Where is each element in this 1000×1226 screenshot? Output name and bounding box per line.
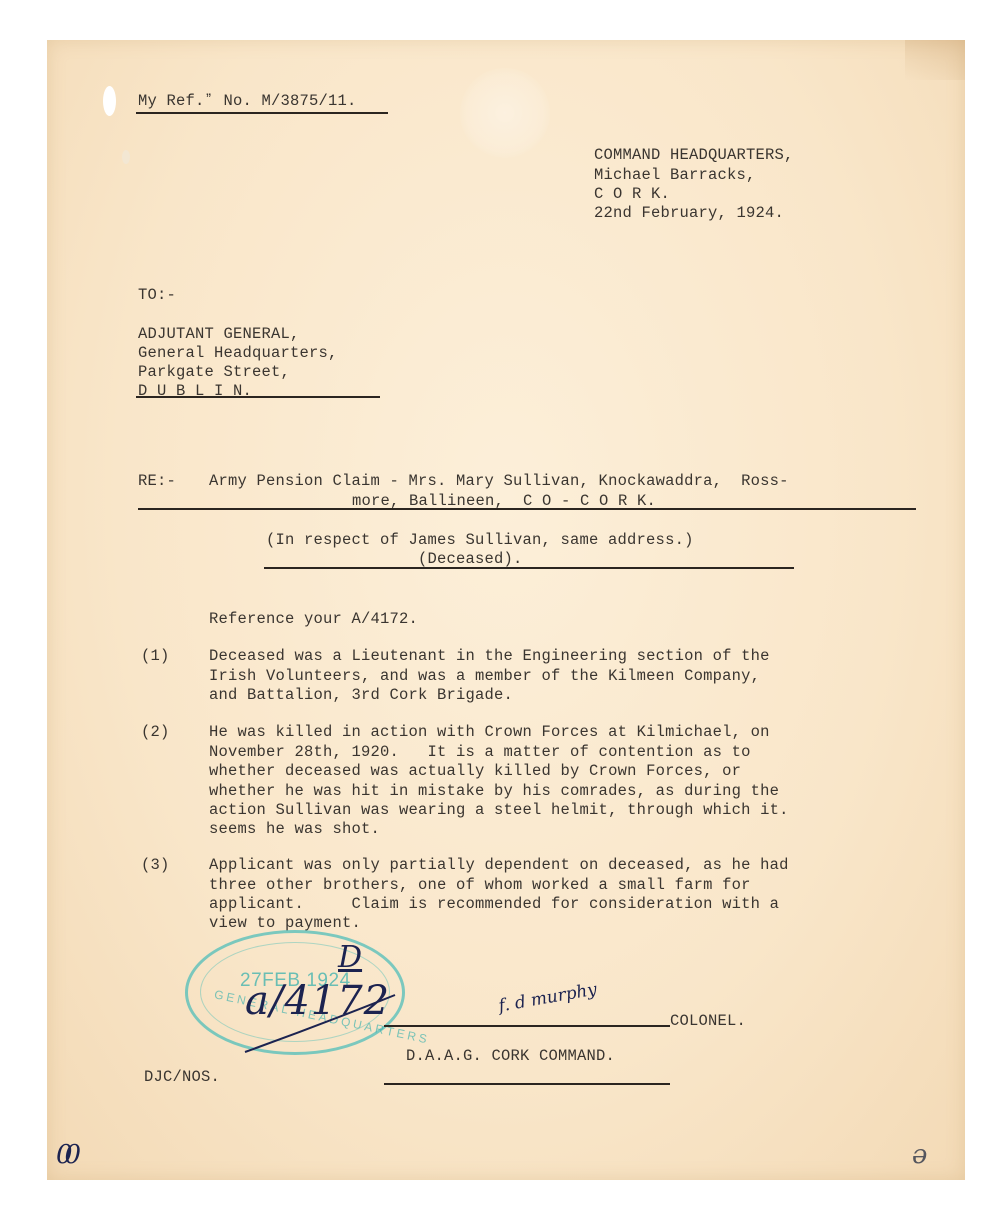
typist-initials: DJC/NOS. bbox=[144, 1068, 220, 1088]
reference-underline bbox=[136, 112, 388, 114]
paragraph-3-line-3: applicant. Claim is recommended for cons… bbox=[209, 895, 779, 915]
paragraph-2-line-2: November 28th, 1920. It is a matter of c… bbox=[209, 743, 751, 763]
paragraph-2-line-5: action Sullivan was wearing a steel helm… bbox=[209, 801, 789, 821]
in-respect-underline bbox=[264, 567, 794, 569]
paragraph-2-number: (2) bbox=[141, 723, 170, 743]
paragraph-2-line-4: whether he was hit in mistake by his com… bbox=[209, 782, 779, 802]
recipient-line-1: ADJUTANT GENERAL, bbox=[138, 325, 300, 345]
signature-office: D.A.A.G. CORK COMMAND. bbox=[406, 1047, 615, 1067]
recipient-line-2: General Headquarters, bbox=[138, 344, 338, 364]
letter-date: 22nd February, 1924. bbox=[594, 204, 784, 224]
handwritten-mark-bottom-left: 00 bbox=[56, 1140, 73, 1170]
sender-line-3: C O R K. bbox=[594, 185, 670, 205]
signature-office-underline bbox=[384, 1083, 670, 1085]
paragraph-1-line-3: and Battalion, 3rd Cork Brigade. bbox=[209, 686, 513, 706]
to-label: TO:- bbox=[138, 286, 176, 306]
paragraph-3-number: (3) bbox=[141, 856, 170, 876]
subject-line-1: Army Pension Claim - Mrs. Mary Sullivan,… bbox=[209, 472, 789, 492]
recipient-underline bbox=[136, 396, 380, 398]
paragraph-2-line-3: whether deceased was actually killed by … bbox=[209, 762, 741, 782]
handwritten-strike-line bbox=[240, 990, 400, 1060]
handwritten-mark-bottom-right: ə bbox=[912, 1140, 927, 1170]
paragraph-2-line-1: He was killed in action with Crown Force… bbox=[209, 723, 770, 743]
paragraph-3-line-1: Applicant was only partially dependent o… bbox=[209, 856, 789, 876]
reference-your: Reference your A/4172. bbox=[209, 610, 418, 630]
recipient-line-4: D U B L I N. bbox=[138, 382, 252, 402]
embossed-seal bbox=[460, 68, 550, 158]
subject-underline bbox=[138, 508, 916, 510]
handwritten-file-ref-top: D bbox=[338, 940, 362, 975]
paragraph-1-line-2: Irish Volunteers, and was a member of th… bbox=[209, 667, 760, 687]
paragraph-2-line-6: seems he was shot. bbox=[209, 820, 380, 840]
reference-number: My Ref.ˮ No. M/3875/11. bbox=[138, 92, 357, 112]
signature-title: COLONEL. bbox=[670, 1012, 746, 1032]
subject-label: RE:- bbox=[138, 472, 176, 492]
paragraph-1-line-1: Deceased was a Lieutenant in the Enginee… bbox=[209, 647, 770, 667]
signature-line bbox=[384, 1025, 670, 1027]
sender-line-2: Michael Barracks, bbox=[594, 166, 756, 186]
in-respect-line-1: (In respect of James Sullivan, same addr… bbox=[266, 531, 694, 551]
punch-hole-top bbox=[103, 86, 116, 116]
paragraph-3-line-2: three other brothers, one of whom worked… bbox=[209, 876, 751, 896]
punch-hole-small bbox=[122, 150, 130, 164]
paragraph-1-number: (1) bbox=[141, 647, 170, 667]
recipient-line-3: Parkgate Street, bbox=[138, 363, 290, 383]
sender-line-1: COMMAND HEADQUARTERS, bbox=[594, 146, 794, 166]
